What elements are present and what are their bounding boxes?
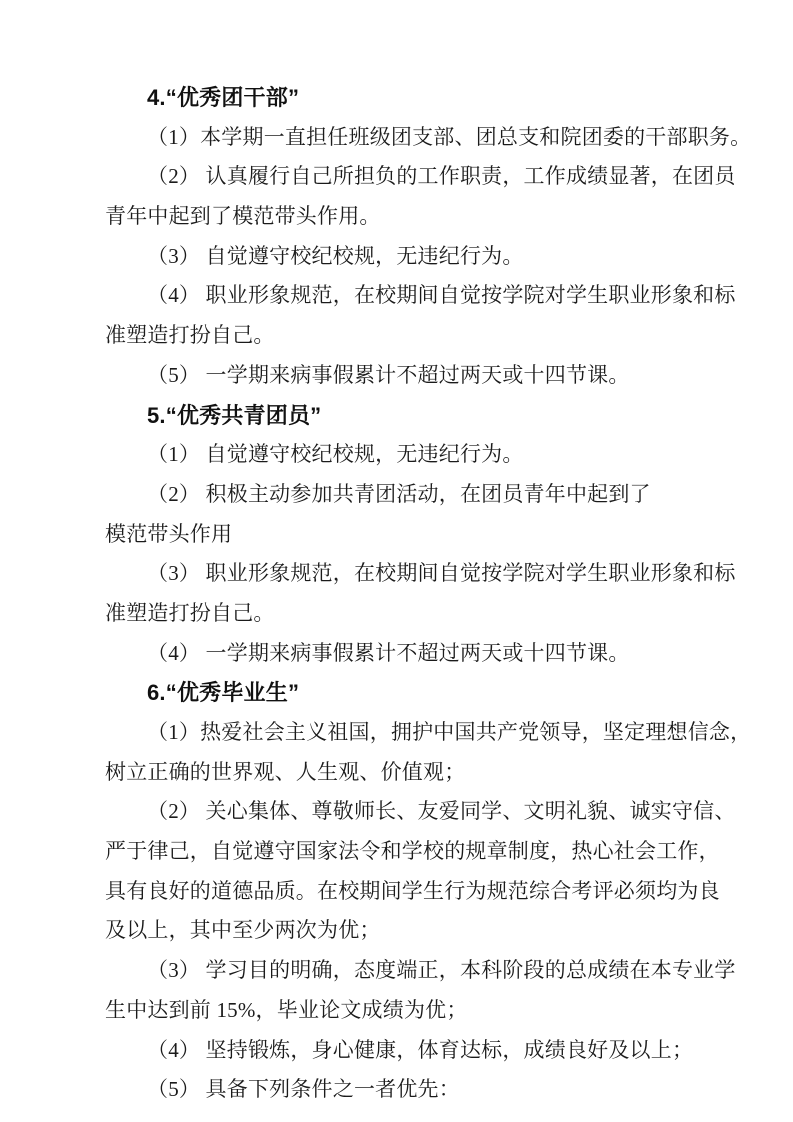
text-line: （3） 职业形象规范，在校期间自觉按学院对学生职业形象和标 [105, 554, 730, 594]
text-line: （1）热爱社会主义祖国，拥护中国共产党领导，坚定理想信念， [105, 713, 730, 753]
text-line: （3） 自觉遵守校纪校规，无违纪行为。 [105, 237, 730, 277]
document-page: 4.“优秀团干部”（1）本学期一直担任班级团支部、团总支和院团委的干部职务。（2… [0, 0, 793, 1122]
section-heading: 4.“优秀团干部” [105, 78, 730, 118]
text-line: 准塑造打扮自己。 [105, 316, 730, 356]
text-line: （4） 坚持锻炼，身心健康，体育达标，成绩良好及以上； [105, 1031, 730, 1071]
section-heading: 5.“优秀共青团员” [105, 396, 730, 436]
text-line: （2） 认真履行自己所担负的工作职责，工作成绩显著，在团员 [105, 157, 730, 197]
text-line: 具有良好的道德品质。在校期间学生行为规范综合考评必须均为良 [105, 872, 730, 912]
section: 6.“优秀毕业生”（1）热爱社会主义祖国，拥护中国共产党领导，坚定理想信念，树立… [105, 673, 730, 1110]
text-line: （1） 自觉遵守校纪校规，无违纪行为。 [105, 435, 730, 475]
paragraph: （4） 职业形象规范，在校期间自觉按学院对学生职业形象和标准塑造打扮自己。 [105, 276, 730, 355]
text-line: 及以上，其中至少两次为优； [105, 911, 730, 951]
paragraph: （4） 一学期来病事假累计不超过两天或十四节课。 [105, 634, 730, 674]
text-line: （5） 一学期来病事假累计不超过两天或十四节课。 [105, 356, 730, 396]
section: 5.“优秀共青团员”（1） 自觉遵守校纪校规，无违纪行为。（2） 积极主动参加共… [105, 396, 730, 674]
paragraph: （5） 一学期来病事假累计不超过两天或十四节课。 [105, 356, 730, 396]
text-line: 青年中起到了模范带头作用。 [105, 197, 730, 237]
document-content: 4.“优秀团干部”（1）本学期一直担任班级团支部、团总支和院团委的干部职务。（2… [105, 78, 730, 1110]
paragraph: （4） 坚持锻炼，身心健康，体育达标，成绩良好及以上； [105, 1031, 730, 1071]
text-line: （5） 具备下列条件之一者优先： [105, 1070, 730, 1110]
text-line: （2） 关心集体、尊敬师长、友爱同学、文明礼貌、诚实守信、 [105, 792, 730, 832]
text-line: （3） 学习目的明确，态度端正，本科阶段的总成绩在本专业学 [105, 951, 730, 991]
text-line: （2） 积极主动参加共青团活动，在团员青年中起到了 [105, 475, 730, 515]
paragraph: （1）热爱社会主义祖国，拥护中国共产党领导，坚定理想信念，树立正确的世界观、人生… [105, 713, 730, 792]
paragraph: （1）本学期一直担任班级团支部、团总支和院团委的干部职务。 [105, 118, 730, 158]
text-line: （1）本学期一直担任班级团支部、团总支和院团委的干部职务。 [105, 118, 730, 158]
paragraph: （3） 职业形象规范，在校期间自觉按学院对学生职业形象和标准塑造打扮自己。 [105, 554, 730, 633]
text-line: 准塑造打扮自己。 [105, 594, 730, 634]
section: 4.“优秀团干部”（1）本学期一直担任班级团支部、团总支和院团委的干部职务。（2… [105, 78, 730, 396]
text-line: （4） 职业形象规范，在校期间自觉按学院对学生职业形象和标 [105, 276, 730, 316]
text-line: 模范带头作用 [105, 515, 730, 555]
paragraph: （3） 自觉遵守校纪校规，无违纪行为。 [105, 237, 730, 277]
paragraph: （3） 学习目的明确，态度端正，本科阶段的总成绩在本专业学生中达到前 15%，毕… [105, 951, 730, 1030]
text-line: 生中达到前 15%，毕业论文成绩为优； [105, 991, 730, 1031]
section-heading: 6.“优秀毕业生” [105, 673, 730, 713]
text-line: 树立正确的世界观、人生观、价值观； [105, 753, 730, 793]
paragraph: （2） 积极主动参加共青团活动，在团员青年中起到了模范带头作用 [105, 475, 730, 554]
paragraph: （2） 认真履行自己所担负的工作职责，工作成绩显著，在团员青年中起到了模范带头作… [105, 157, 730, 236]
paragraph: （2） 关心集体、尊敬师长、友爱同学、文明礼貌、诚实守信、严于律己，自觉遵守国家… [105, 792, 730, 951]
text-line: 严于律己，自觉遵守国家法令和学校的规章制度，热心社会工作， [105, 832, 730, 872]
paragraph: （1） 自觉遵守校纪校规，无违纪行为。 [105, 435, 730, 475]
text-line: （4） 一学期来病事假累计不超过两天或十四节课。 [105, 634, 730, 674]
paragraph: （5） 具备下列条件之一者优先： [105, 1070, 730, 1110]
